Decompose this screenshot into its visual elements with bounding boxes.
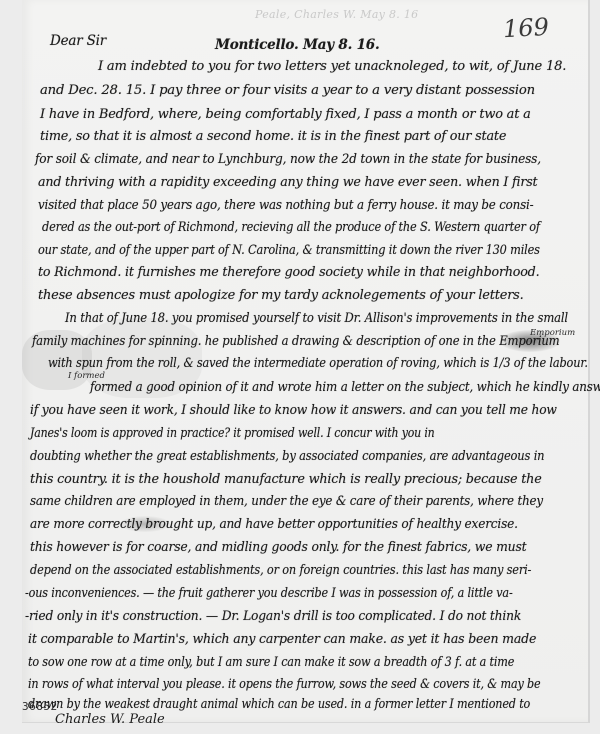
letter-line-20: same children are employed in them, unde… — [30, 494, 543, 509]
letter-line-28: in rows of what interval you please. it … — [28, 677, 540, 692]
letter-line-29: drawn by the weakest draught animal whic… — [28, 697, 530, 712]
salutation: Dear Sir — [50, 33, 106, 49]
letter-line-3: I have in Bedford, where, being comforta… — [40, 107, 531, 122]
letter-line-16: if you have seen it work, I should like … — [30, 403, 557, 418]
letter-line-24: -ous inconveniences. — the fruit gathere… — [25, 586, 513, 601]
letter-line-6: and thriving with a rapidity exceeding a… — [38, 175, 537, 190]
letter-line-23: depend on the associated establishments,… — [30, 563, 531, 578]
letter-line-18: doubting whether the great establishment… — [30, 449, 544, 464]
letter-line-8: dered as the out-port of Richmond, recie… — [42, 220, 540, 235]
letter-line-22: this however is for coarse, and midling … — [30, 540, 526, 555]
letter-line-27: to sow one row at a time only, but I am … — [28, 655, 514, 670]
letter-line-15: formed a good opinion of it and wrote hi… — [90, 380, 600, 395]
letter-line-12: In that of June 18. you promised yoursel… — [65, 311, 568, 326]
ink-smudge — [120, 516, 170, 532]
recipient-docket: Charles W. Peale — [55, 712, 165, 727]
letter-line-19: this country. it is the houshold manufac… — [30, 472, 542, 487]
letter-line-26: it comparable to Martin's, which any car… — [28, 632, 536, 647]
letter-line-10: to Richmond. it furnishes me therefore g… — [38, 265, 539, 280]
letter-line-7: visited that place 50 years ago, there w… — [38, 198, 533, 213]
letter-line-2: and Dec. 28. 15. I pay three or four vis… — [40, 83, 535, 98]
letter-line-14: with spun from the roll, & saved the int… — [48, 356, 588, 371]
place-date: Monticello. May 8. 16. — [215, 37, 379, 53]
letter-line-17: Janes's loom is approved in practice? it… — [30, 426, 435, 441]
letter-line-5: for soil & climate, and near to Lynchbur… — [35, 152, 541, 167]
letter-line-13: family machines for spinning. he publish… — [32, 334, 559, 349]
letter-line-4: time, so that it is almost a second home… — [40, 129, 506, 144]
bleed-through-header: Peale, Charles W. May 8. 16 — [255, 8, 418, 21]
letter-line-25: -ried only in it's construction. — Dr. L… — [25, 609, 521, 624]
letter-line-1: I am indebted to you for two letters yet… — [98, 59, 566, 74]
ink-blot — [500, 330, 560, 352]
folio-number: 169 — [502, 13, 549, 43]
letter-line-11: these absences must apologize for my tar… — [38, 288, 524, 303]
letter-line-21: are more correctly brought up, and have … — [30, 517, 518, 532]
letter-line-9: our state, and of the upper part of N. C… — [38, 243, 540, 258]
